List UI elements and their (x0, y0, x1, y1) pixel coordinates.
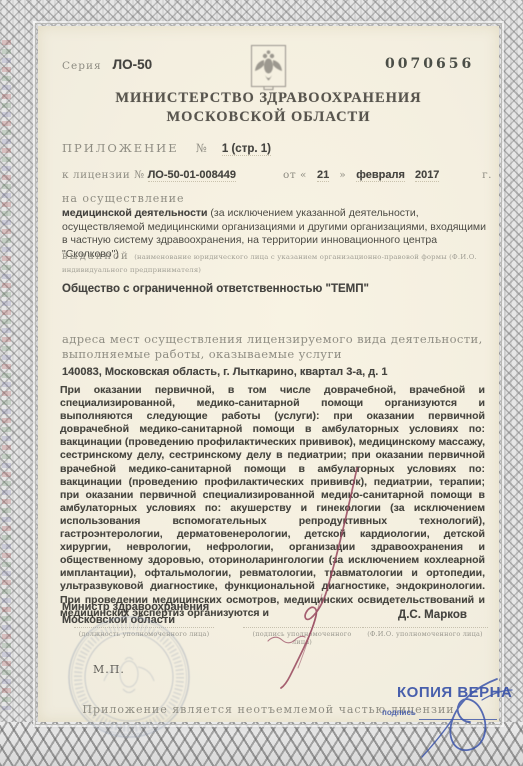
license-appendix-document: Серия ЛО-50 0070656 МИНИСТЕРСТВО ЗДРАВОО… (0, 0, 523, 766)
activity-intro: на осуществление (62, 192, 185, 205)
series-value: ЛО-50 (113, 57, 153, 72)
ministry-line1: МИНИСТЕРСТВО ЗДРАВООХРАНЕНИЯ (38, 89, 499, 108)
services-paragraph: При оказании первичной, в том числе довр… (60, 384, 485, 620)
license-line: к лицензии № ЛО-50-01-008449 от « 21 » ф… (62, 169, 492, 184)
name-caption: (Ф.И.О. уполномоченного лица) (362, 627, 488, 638)
date-day: 21 (317, 169, 329, 182)
signature-caption: (подпись уполномоченного лица) (243, 627, 361, 646)
date-prefix: от « (283, 169, 307, 181)
series-label: Серия (62, 60, 102, 72)
ministry-heading: МИНИСТЕРСТВО ЗДРАВООХРАНЕНИЯ МОСКОВСКОЙ … (38, 89, 499, 127)
serial-row: Серия ЛО-50 (62, 57, 152, 72)
document-number: 0070656 (385, 56, 474, 72)
date-month: февраля (356, 169, 405, 182)
license-label: к лицензии № (62, 169, 145, 181)
appendix-number-sign: № (196, 141, 209, 155)
appendix-value: 1 (стр. 1) (222, 143, 271, 156)
addresses-label: адреса мест осуществления лицензируемого… (62, 332, 488, 361)
year-suffix: г. (482, 169, 492, 181)
issued-line: выданной (наименование юридического лица… (62, 250, 486, 275)
ministry-line2: МОСКОВСКОЙ ОБЛАСТИ (38, 108, 499, 127)
appendix-line: ПРИЛОЖЕНИЕ № 1 (стр. 1) (62, 141, 271, 155)
date-close: » (339, 169, 346, 181)
round-seal-icon (64, 612, 194, 742)
organization-name: Общество с ограниченной ответственностью… (62, 283, 369, 295)
appendix-label: ПРИЛОЖЕНИЕ (62, 141, 179, 155)
copy-signature-line (419, 719, 497, 720)
copy-true-stamp: КОПИЯ ВЕРНА (397, 684, 512, 701)
copy-signature-label: подпись (382, 708, 416, 717)
official-name: Д.С. Марков (398, 609, 467, 621)
issued-label: выданной (62, 251, 130, 262)
license-date: от « 21 » февраля 2017 (283, 169, 446, 181)
license-number: ЛО-50-01-008449 (148, 169, 236, 182)
footer-note: Приложение является неотъемлемой частью … (38, 703, 499, 716)
addresses-value: 140083, Московская область, г. Лыткарино… (62, 366, 387, 378)
date-year: 2017 (415, 169, 439, 182)
activity-name: медицинской деятельности (62, 207, 208, 219)
